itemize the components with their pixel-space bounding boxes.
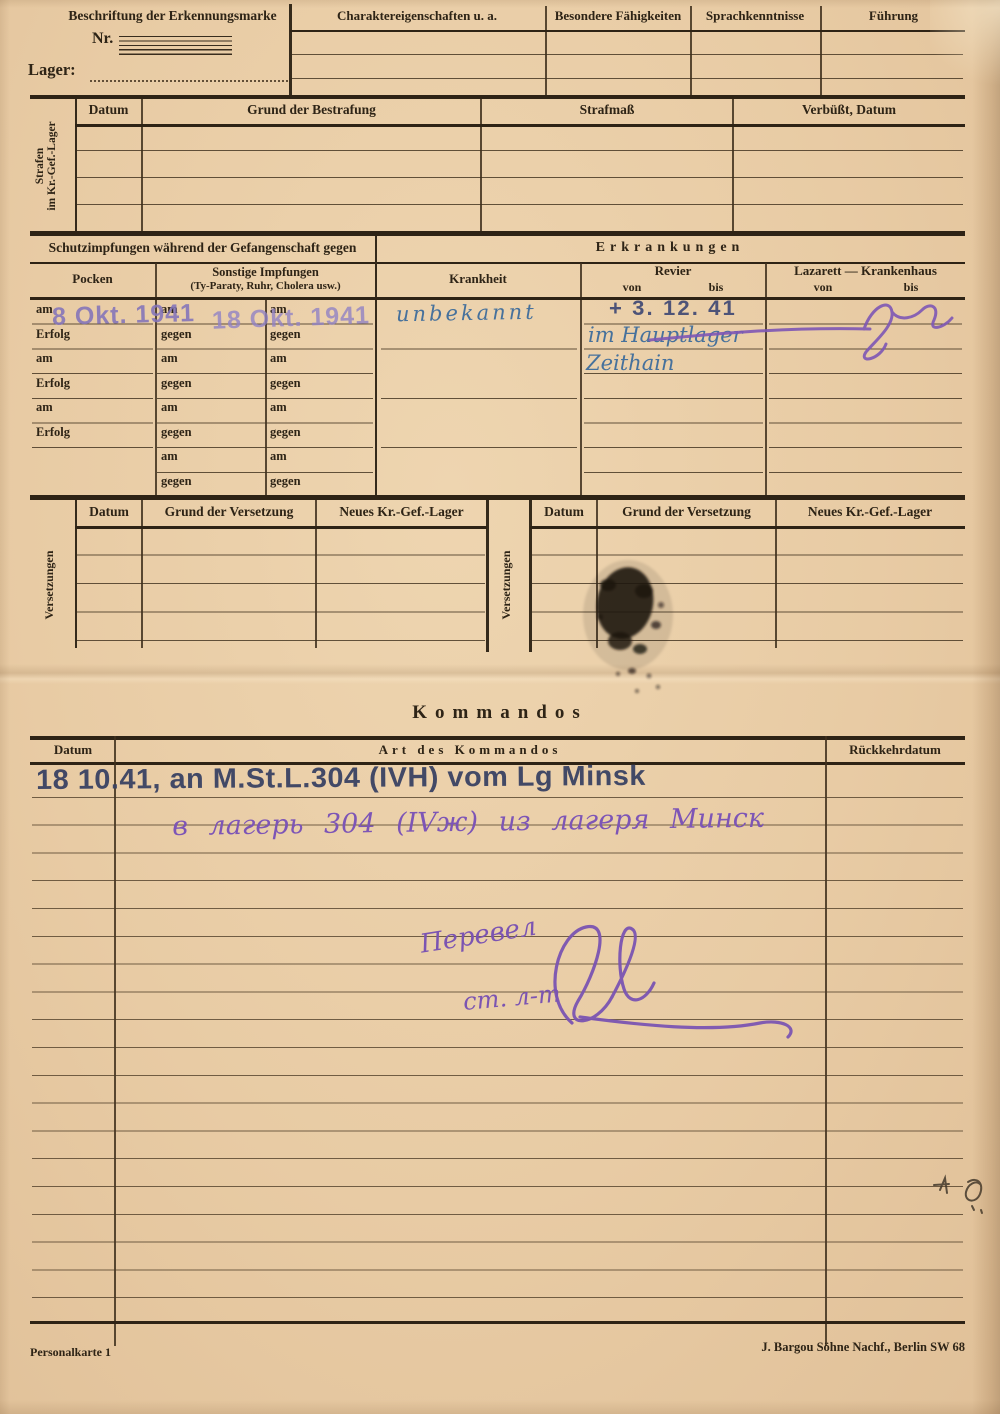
section-rule-heavy — [30, 95, 965, 99]
footer-printer: J. Bargou Söhne Nachf., Berlin SW 68 — [600, 1341, 965, 1354]
paper-edge-bottom — [0, 1400, 1000, 1414]
lager-label: Lager: — [28, 61, 76, 78]
col-besondere-faehigkeiten: Besondere Fähigkeiten — [548, 9, 688, 23]
versetzungen-side-label-right: Versetzungen — [500, 520, 516, 650]
paper-edge-top — [0, 0, 1000, 8]
erkrankungen-title: Erkrankungen — [377, 241, 963, 256]
lager-dotted-line — [90, 62, 288, 82]
paper-edge-right — [972, 0, 1000, 1414]
strafen-col-datum: Datum — [76, 103, 141, 117]
strafen-col-grund: Grund der Bestrafung — [143, 103, 480, 117]
table-rule — [486, 500, 489, 652]
col-charaktereigenschaften: Charaktereigenschaften u. a. — [292, 9, 542, 23]
signature-scrawl — [520, 905, 840, 1055]
impfungen-title: Schutzimpfungen während der Gefangenscha… — [32, 241, 373, 255]
nr-label: Nr. — [92, 31, 113, 48]
versetz-left-neues: Neues Kr.-Gef.-Lager — [317, 505, 486, 519]
section-rule-heavy — [30, 231, 965, 236]
col-lazarett: Lazarett — Krankenhaus — [768, 264, 963, 278]
erkennungsmarke-title: Beschriftung der Erkennungsmarke — [55, 9, 290, 23]
versetz-left-datum: Datum — [77, 505, 141, 519]
kommandos-title: Kommandos — [300, 703, 700, 723]
section-rule-heavy — [30, 495, 965, 500]
table-rule — [375, 236, 377, 496]
footer-form-name: Personalkarte 1 — [30, 1346, 111, 1359]
col-krankheit: Krankheit — [378, 272, 578, 286]
versetz-right-neues: Neues Kr.-Gef.-Lager — [777, 505, 963, 519]
strafen-col-strafmass: Strafmaß — [482, 103, 732, 117]
strafen-row-lines — [77, 124, 963, 205]
paper-edge-left — [0, 0, 10, 1414]
table-rule — [30, 1321, 965, 1324]
nr-ruled-lines — [119, 36, 232, 58]
strafen-col-verbuesst: Verbüßt, Datum — [734, 103, 964, 117]
kommandos-col-datum: Datum — [32, 743, 114, 757]
strafen-side-label: Strafen im Kr.-Gef.-Lager — [34, 96, 70, 236]
top-table-row-lines — [292, 31, 963, 79]
paper-fold-crease — [0, 664, 1000, 684]
sonstige-date-stamp: 18 Okt. 1941 — [212, 301, 371, 335]
col-sprachkenntnisse: Sprachkenntnisse — [692, 9, 818, 23]
col-pocken: Pocken — [32, 272, 153, 286]
kommandos-col-rueckkehr: Rückkehrdatum — [827, 743, 963, 757]
row-gegen: gegen — [270, 475, 301, 488]
versetz-left-row-lines — [77, 527, 485, 641]
versetzungen-side-label-left: Versetzungen — [43, 520, 59, 650]
kommandos-transfer-stamp: 18 10.41, an M.St.L.304 (IVH) vom Lg Min… — [36, 760, 646, 796]
row-gegen: gegen — [161, 475, 192, 488]
col-revier: Revier — [583, 264, 763, 278]
col-sonstige-line1: Sonstige Impfungen — [158, 266, 373, 279]
personalkarte-back-page: Beschriftung der Erkennungsmarke Nr. Lag… — [0, 0, 1000, 1414]
paper-corner-fold — [930, 0, 1000, 100]
versetz-left-grund: Grund der Versetzung — [143, 505, 315, 519]
versetz-right-grund: Grund der Versetzung — [598, 505, 775, 519]
col-sonstige-line2: (Ty-Paraty, Ruhr, Cholera usw.) — [158, 281, 373, 293]
versetz-right-datum: Datum — [532, 505, 596, 519]
krankheit-entry: unbekannt — [396, 300, 537, 326]
lazarett-signature-scrawl — [632, 288, 972, 368]
kommandos-col-art: Art des Kommandos — [117, 743, 823, 757]
pocken-date-stamp: 8 Okt. 1941 — [52, 299, 196, 332]
